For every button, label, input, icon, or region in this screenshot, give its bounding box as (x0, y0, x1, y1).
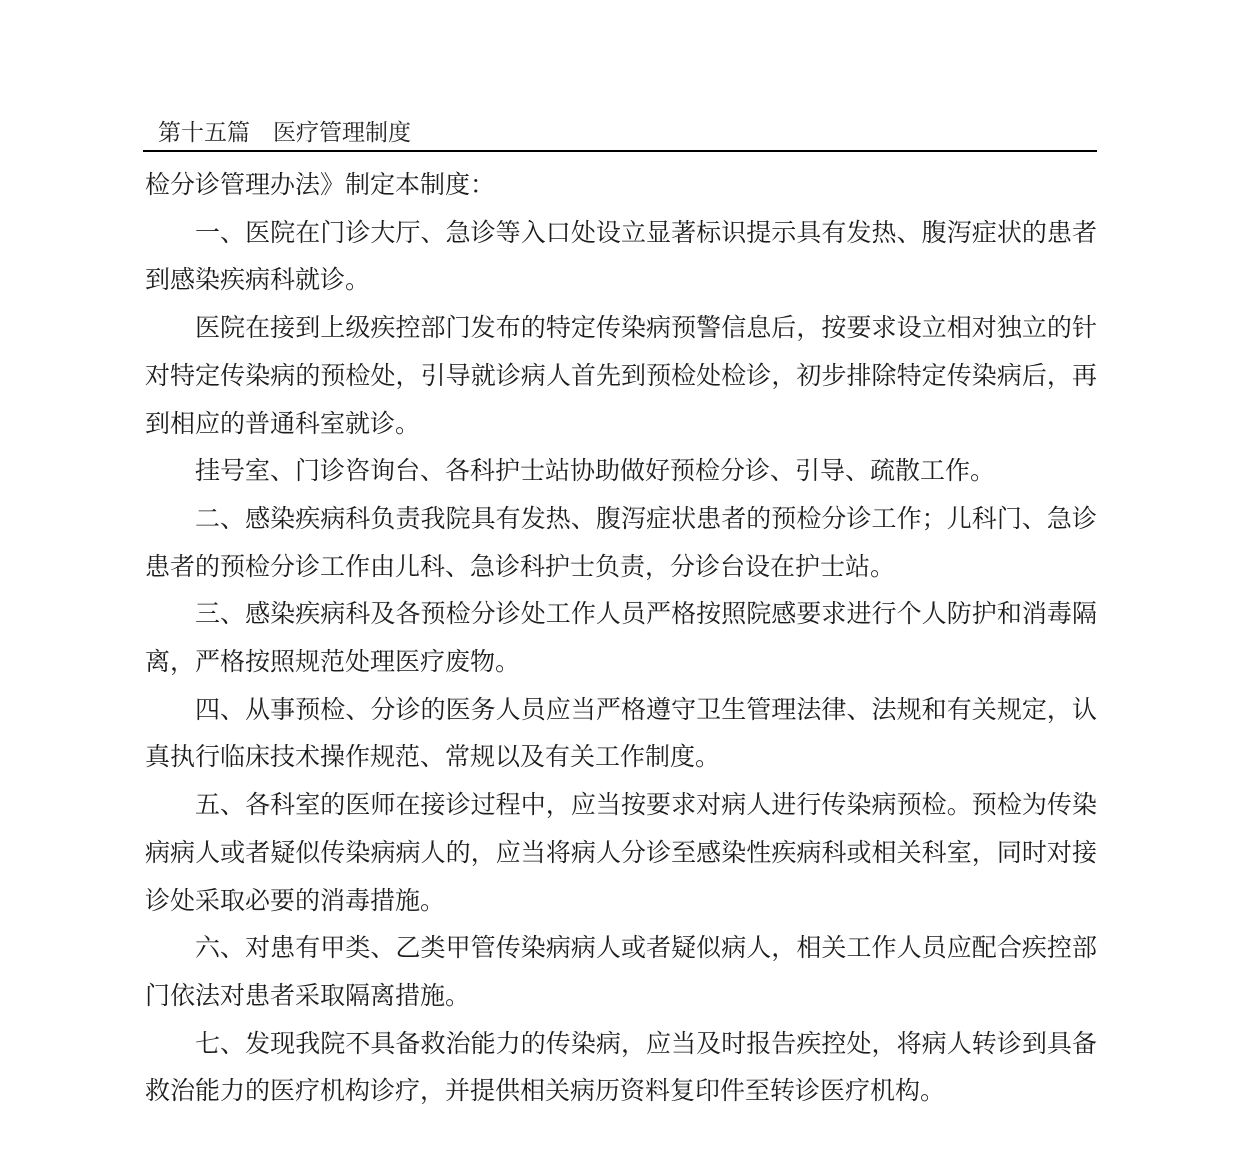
paragraph-item-1: 一、医院在门诊大厅、急诊等入口处设立显著标识提示具有发热、腹泻症状的患者到感染疾… (145, 210, 1097, 305)
paragraph-item-1-note-2: 挂号室、门诊咨询台、各科护士站协助做好预检分诊、引导、疏散工作。 (145, 448, 1097, 496)
page-header-title: 第十五篇 医疗管理制度 (145, 119, 1097, 147)
document-page: 第十五篇 医疗管理制度 检分诊管理办法》制定本制度： 一、医院在门诊大厅、急诊等… (0, 0, 1240, 1169)
paragraph-continuation: 检分诊管理办法》制定本制度： (145, 162, 1097, 210)
paragraph-item-7: 七、发现我院不具备救治能力的传染病，应当及时报告疾控处，将病人转诊到具备救治能力… (145, 1021, 1097, 1116)
paragraph-item-6: 六、对患有甲类、乙类甲管传染病病人或者疑似病人，相关工作人员应配合疾控部门依法对… (145, 925, 1097, 1020)
paragraph-item-3: 三、感染疾病科及各预检分诊处工作人员严格按照院感要求进行个人防护和消毒隔离，严格… (145, 591, 1097, 686)
paragraph-item-2: 二、感染疾病科负责我院具有发热、腹泻症状患者的预检分诊工作；儿科门、急诊患者的预… (145, 496, 1097, 591)
paragraph-item-4: 四、从事预检、分诊的医务人员应当严格遵守卫生管理法律、法规和有关规定，认真执行临… (145, 687, 1097, 782)
paragraph-item-1-note: 医院在接到上级疾控部门发布的特定传染病预警信息后，按要求设立相对独立的针对特定传… (145, 305, 1097, 448)
paragraph-item-5: 五、各科室的医师在接诊过程中，应当按要求对病人进行传染病预检。预检为传染病病人或… (145, 782, 1097, 925)
document-body: 检分诊管理办法》制定本制度： 一、医院在门诊大厅、急诊等入口处设立显著标识提示具… (145, 162, 1097, 1116)
header-divider-rule (143, 150, 1097, 152)
